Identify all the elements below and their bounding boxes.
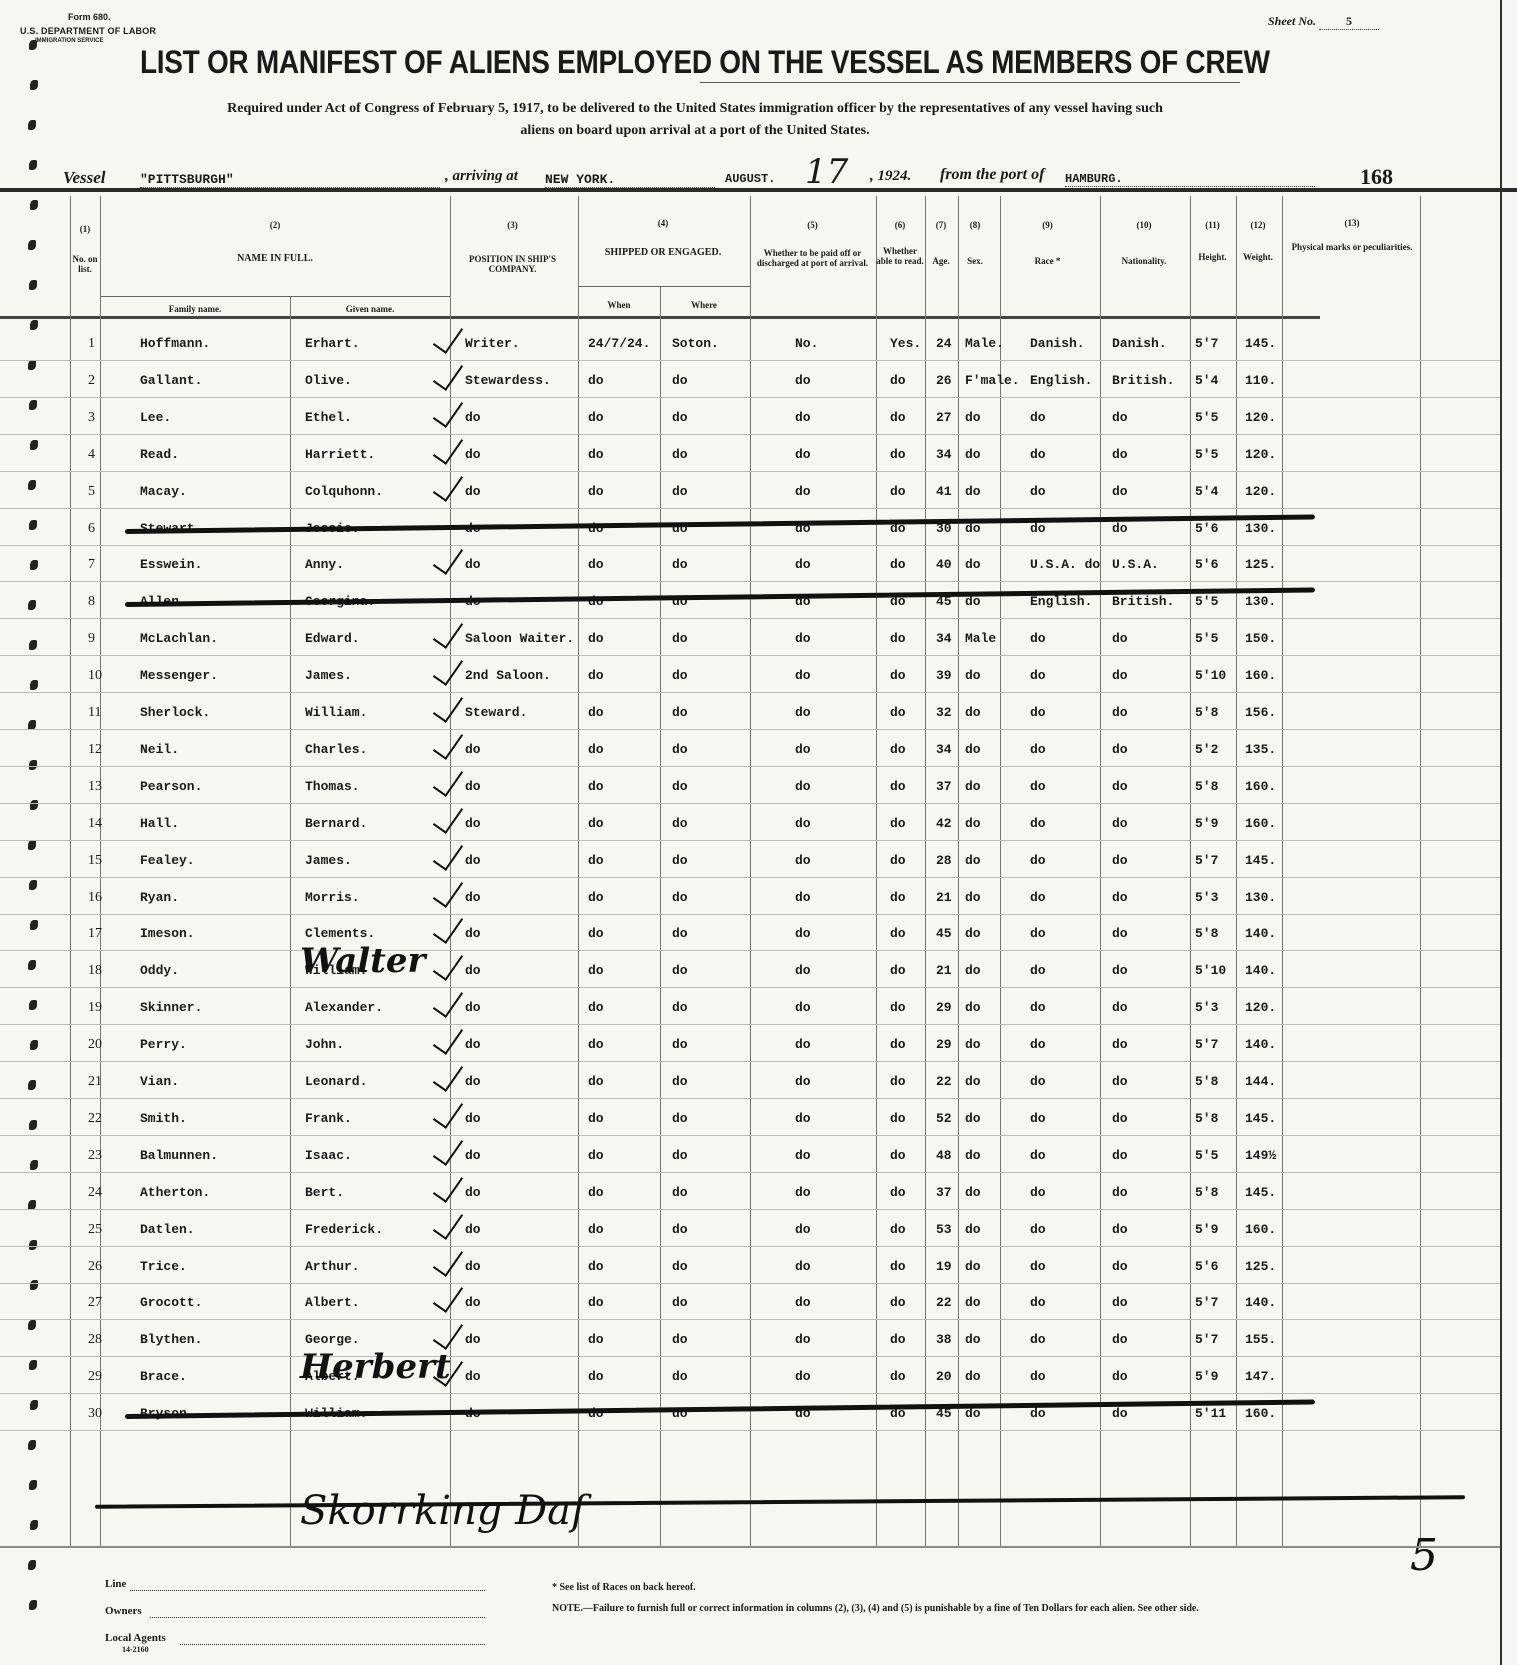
cell-race: do xyxy=(1030,742,1046,757)
cell-family: Read. xyxy=(140,447,179,462)
cell-no: 14 xyxy=(88,816,102,832)
cell-nationality: do xyxy=(1112,1037,1128,1052)
col7-label: Age. xyxy=(925,256,957,266)
cell-age: 22 xyxy=(936,1295,952,1310)
cell-race: do xyxy=(1030,779,1046,794)
cell-read: do xyxy=(890,1037,906,1052)
table-row: 11Sherlock.William.Steward.dodododo32dod… xyxy=(0,697,1320,733)
page-right-edge xyxy=(1500,0,1502,1665)
cell-nationality: do xyxy=(1112,963,1128,978)
cell-height: 5'6 xyxy=(1195,1259,1218,1274)
cell-nationality: do xyxy=(1112,926,1128,941)
cell-height: 5'4 xyxy=(1195,373,1218,388)
cell-where: do xyxy=(672,1259,688,1274)
cell-race: do xyxy=(1030,1074,1046,1089)
cell-height: 5'5 xyxy=(1195,631,1218,646)
table-row: 16Ryan.Morris.dododododo21dododo5'3130. xyxy=(0,882,1320,918)
cell-paid-off: do xyxy=(795,484,811,499)
punch-mark xyxy=(29,1600,37,1610)
cell-position: do xyxy=(465,484,481,499)
cell-given: Erhart. xyxy=(305,336,360,351)
cell-read: do xyxy=(890,373,906,388)
penalty-note: NOTE.—Failure to furnish full or correct… xyxy=(552,1603,1492,1614)
cell-given: Morris. xyxy=(305,890,360,905)
cell-no: 5 xyxy=(88,484,95,500)
punch-mark xyxy=(28,1440,36,1450)
cell-nationality: do xyxy=(1112,1295,1128,1310)
cell-paid-off: do xyxy=(795,816,811,831)
table-row: 14Hall.Bernard.dododododo42dododo5'9160. xyxy=(0,808,1320,844)
cell-paid-off: do xyxy=(795,1074,811,1089)
cell-weight: 140. xyxy=(1245,1295,1276,1310)
sheet-number: Sheet No. 5 xyxy=(1268,14,1379,30)
table-row: 12Neil.Charles.dododododo34dododo5'2135. xyxy=(0,734,1320,770)
cell-when: do xyxy=(588,373,604,388)
table-top-rule xyxy=(0,188,1517,192)
cell-read: do xyxy=(890,447,906,462)
cell-race: English. xyxy=(1030,594,1092,609)
cell-where: do xyxy=(672,631,688,646)
cell-read: do xyxy=(890,1222,906,1237)
cell-where: do xyxy=(672,1295,688,1310)
cell-when: do xyxy=(588,1037,604,1052)
cell-height: 5'6 xyxy=(1195,557,1218,572)
cell-given: Bert. xyxy=(305,1185,344,1200)
cell-race: do xyxy=(1030,705,1046,720)
col3-label: POSITION IN SHIP'S COMPANY. xyxy=(455,254,570,274)
col13-label: Physical marks or peculiarities. xyxy=(1282,242,1422,252)
cell-weight: 140. xyxy=(1245,926,1276,941)
cell-nationality: do xyxy=(1112,1148,1128,1163)
cell-height: 5'7 xyxy=(1195,1332,1218,1347)
title-underline xyxy=(700,82,1240,83)
cell-nationality: British. xyxy=(1112,373,1174,388)
cell-where: do xyxy=(672,668,688,683)
cell-position: do xyxy=(465,1295,481,1310)
cell-family: Trice. xyxy=(140,1259,187,1274)
table-row: 23Balmunnen.Isaac.dododododo48dododo5'51… xyxy=(0,1140,1320,1176)
cell-where: do xyxy=(672,484,688,499)
cell-paid-off: do xyxy=(795,557,811,572)
arriving-label: , arriving at xyxy=(445,168,518,185)
cell-sex: do xyxy=(965,853,981,868)
cell-position: do xyxy=(465,1185,481,1200)
punch-mark xyxy=(29,160,37,170)
cell-paid-off: do xyxy=(795,1259,811,1274)
cell-paid-off: do xyxy=(795,853,811,868)
strikethrough-line xyxy=(125,1400,1315,1420)
cell-where: do xyxy=(672,1074,688,1089)
cell-paid-off: do xyxy=(795,890,811,905)
cell-position: Steward. xyxy=(465,705,527,720)
table-row: 7Esswein.Anny.dododododo40doU.S.A. doU.S… xyxy=(0,549,1320,585)
cell-age: 52 xyxy=(936,1111,952,1126)
col2-number: (2) xyxy=(100,220,450,230)
page-stamp: 168 xyxy=(1360,164,1393,190)
cell-weight: 120. xyxy=(1245,484,1276,499)
col13-number: (13) xyxy=(1282,218,1422,228)
punch-mark xyxy=(28,1560,36,1570)
cell-paid-off: do xyxy=(795,779,811,794)
punch-mark xyxy=(28,120,36,130)
cell-age: 34 xyxy=(936,742,952,757)
cell-given: Albert. xyxy=(305,1295,360,1310)
cell-where: do xyxy=(672,447,688,462)
cell-height: 5'8 xyxy=(1195,1185,1218,1200)
cell-family: Balmunnen. xyxy=(140,1148,218,1163)
cell-given: John. xyxy=(305,1037,344,1052)
table-row: 5Macay.Colquhonn.dododododo41dododo5'412… xyxy=(0,476,1320,512)
footer-line-field xyxy=(130,1580,485,1591)
arriving-port: NEW YORK. xyxy=(545,172,715,188)
cell-race: do xyxy=(1030,1369,1046,1384)
cell-given: George. xyxy=(305,1332,360,1347)
cell-position: Stewardess. xyxy=(465,373,551,388)
cell-nationality: do xyxy=(1112,668,1128,683)
cell-where: do xyxy=(672,1185,688,1200)
cell-position: do xyxy=(465,1369,481,1384)
cell-no: 30 xyxy=(88,1406,102,1422)
cell-sex: do xyxy=(965,1074,981,1089)
col4-label: SHIPPED OR ENGAGED. xyxy=(578,248,748,258)
cell-sex: do xyxy=(965,484,981,499)
cell-when: 24/7/24. xyxy=(588,336,650,351)
cell-family: Skinner. xyxy=(140,1000,202,1015)
cell-sex: do xyxy=(965,1332,981,1347)
cell-nationality: do xyxy=(1112,410,1128,425)
cell-no: 3 xyxy=(88,410,95,426)
cell-race: English. xyxy=(1030,373,1092,388)
cell-race: do xyxy=(1030,963,1046,978)
table-row: 25Datlen.Frederick.dododododo53dododo5'9… xyxy=(0,1214,1320,1250)
cell-height: 5'10 xyxy=(1195,963,1226,978)
cell-where: do xyxy=(672,1000,688,1015)
cell-paid-off: do xyxy=(795,410,811,425)
cell-race: do xyxy=(1030,1295,1046,1310)
col2-given-header: Given name. xyxy=(290,304,450,314)
cell-weight: 155. xyxy=(1245,1332,1276,1347)
cell-weight: 140. xyxy=(1245,1037,1276,1052)
cell-when: do xyxy=(588,1074,604,1089)
cell-height: 5'7 xyxy=(1195,336,1218,351)
cell-age: 29 xyxy=(936,1000,952,1015)
col9-label: Race * xyxy=(1000,256,1095,266)
cell-no: 11 xyxy=(88,705,101,721)
cell-weight: 140. xyxy=(1245,963,1276,978)
cell-height: 5'9 xyxy=(1195,816,1218,831)
cell-height: 5'7 xyxy=(1195,1037,1218,1052)
cell-where: do xyxy=(672,1332,688,1347)
punch-mark xyxy=(29,280,37,290)
cell-family: Imeson. xyxy=(140,926,195,941)
arrival-day-handwritten: 17 xyxy=(805,152,848,192)
cell-age: 29 xyxy=(936,1037,952,1052)
cell-read: do xyxy=(890,1259,906,1274)
cell-height: 5'5 xyxy=(1195,1148,1218,1163)
col4-where-header: Where xyxy=(660,300,748,310)
cell-when: do xyxy=(588,1222,604,1237)
table-row: 17Imeson.Clements.dododododo45dododo5'81… xyxy=(0,918,1320,954)
col2-label: NAME IN FULL. xyxy=(100,254,450,264)
cell-read: do xyxy=(890,484,906,499)
cell-weight: 144. xyxy=(1245,1074,1276,1089)
cell-no: 21 xyxy=(88,1074,102,1090)
cell-when: do xyxy=(588,926,604,941)
cell-paid-off: do xyxy=(795,963,811,978)
col8-label: Sex. xyxy=(958,256,992,266)
cell-weight: 145. xyxy=(1245,336,1276,351)
cell-weight: 125. xyxy=(1245,557,1276,572)
col9-number: (9) xyxy=(1000,220,1095,230)
cell-read: do xyxy=(890,631,906,646)
cell-family: Hoffmann. xyxy=(140,336,210,351)
cell-no: 6 xyxy=(88,521,95,537)
cell-where: do xyxy=(672,1148,688,1163)
cell-weight: 130. xyxy=(1245,594,1276,609)
cell-sex: do xyxy=(965,1259,981,1274)
subheader-divider xyxy=(100,296,450,297)
cell-height: 5'7 xyxy=(1195,1295,1218,1310)
vessel-line: Vessel "PITTSBURGH" , arriving at NEW YO… xyxy=(60,160,1420,188)
cell-given: Colquhonn. xyxy=(305,484,383,499)
cell-read: do xyxy=(890,853,906,868)
arrival-month: AUGUST. xyxy=(725,172,775,186)
cell-where: do xyxy=(672,890,688,905)
cell-nationality: Danish. xyxy=(1112,336,1167,351)
cell-sex: do xyxy=(965,1295,981,1310)
cell-paid-off: do xyxy=(795,705,811,720)
service-label: IMMIGRATION SERVICE xyxy=(35,38,103,44)
cell-no: 22 xyxy=(88,1111,102,1127)
table-row: 1Hoffmann.Erhart.Writer.24/7/24.Soton.No… xyxy=(0,328,1320,364)
cell-nationality: do xyxy=(1112,1111,1128,1126)
cell-height: 5'3 xyxy=(1195,890,1218,905)
col4-when-header: When xyxy=(578,300,660,310)
cell-given: Isaac. xyxy=(305,1148,352,1163)
cell-family: Messenger. xyxy=(140,668,218,683)
cell-read: do xyxy=(890,705,906,720)
strikethrough-line xyxy=(125,514,1315,534)
cell-age: 41 xyxy=(936,484,952,499)
cell-position: do xyxy=(465,410,481,425)
cell-sex: do xyxy=(965,816,981,831)
cell-family: Oddy. xyxy=(140,963,179,978)
footer-agents-label: Local Agents xyxy=(105,1632,166,1644)
cell-read: do xyxy=(890,1295,906,1310)
cell-given: Bernard. xyxy=(305,816,367,831)
cell-where: do xyxy=(672,1111,688,1126)
cell-position: do xyxy=(465,816,481,831)
col12-number: (12) xyxy=(1236,220,1280,230)
cell-height: 5'8 xyxy=(1195,926,1218,941)
cell-paid-off: do xyxy=(795,1185,811,1200)
cell-family: Fealey. xyxy=(140,853,195,868)
cell-given: James. xyxy=(305,853,352,868)
cell-position: do xyxy=(465,1148,481,1163)
table-row: 18Oddy.William.dododododo21dododo5'10140… xyxy=(0,955,1320,991)
cell-sex: do xyxy=(965,963,981,978)
cell-weight: 149½ xyxy=(1245,1148,1276,1163)
table-bottom-rule xyxy=(0,1546,1500,1548)
subtitle-line-1: Required under Act of Congress of Februa… xyxy=(60,98,1330,120)
cell-weight: 160. xyxy=(1245,1222,1276,1237)
cell-nationality: do xyxy=(1112,1185,1128,1200)
cell-given: Edward. xyxy=(305,631,360,646)
cell-position: do xyxy=(465,1259,481,1274)
cell-when: do xyxy=(588,1295,604,1310)
cell-where: Soton. xyxy=(672,336,719,351)
table-row: 2Gallant.Olive.Stewardess.dodododo26F'ma… xyxy=(0,365,1320,401)
cell-sex: do xyxy=(965,1185,981,1200)
cell-age: 26 xyxy=(936,373,952,388)
cell-where: do xyxy=(672,926,688,941)
cell-when: do xyxy=(588,1259,604,1274)
cell-race: Danish. xyxy=(1030,336,1085,351)
cell-read: do xyxy=(890,1148,906,1163)
cell-race: U.S.A. do xyxy=(1030,557,1100,572)
checkmark-icon xyxy=(433,320,463,354)
cell-read: do xyxy=(890,816,906,831)
cell-age: 38 xyxy=(936,1332,952,1347)
cell-age: 22 xyxy=(936,1074,952,1089)
cell-no: 19 xyxy=(88,1000,102,1016)
footer-owners-label: Owners xyxy=(105,1605,142,1617)
cell-where: do xyxy=(672,557,688,572)
cell-paid-off: do xyxy=(795,447,811,462)
cell-no: 23 xyxy=(88,1148,102,1164)
cell-family: Ryan. xyxy=(140,890,179,905)
cell-given: Frederick. xyxy=(305,1222,383,1237)
cell-sex: do xyxy=(965,742,981,757)
cell-when: do xyxy=(588,779,604,794)
col5-number: (5) xyxy=(750,220,875,230)
cell-when: do xyxy=(588,484,604,499)
cell-nationality: do xyxy=(1112,1406,1128,1421)
cell-weight: 160. xyxy=(1245,816,1276,831)
cell-height: 5'10 xyxy=(1195,668,1226,683)
cell-nationality: do xyxy=(1112,1074,1128,1089)
cell-given: Thomas. xyxy=(305,779,360,794)
form-number: Form 680. xyxy=(68,12,111,22)
cell-weight: 130. xyxy=(1245,890,1276,905)
col6-label: Whether able to read. xyxy=(876,246,924,266)
table-row: 22Smith.Frank.dododododo52dododo5'8145. xyxy=(0,1103,1320,1139)
cell-family: Brace. xyxy=(140,1369,187,1384)
sheet-value: 5 xyxy=(1319,14,1379,30)
cell-read: do xyxy=(890,1074,906,1089)
cell-nationality: do xyxy=(1112,742,1128,757)
cell-sex: do xyxy=(965,668,981,683)
cell-age: 53 xyxy=(936,1222,952,1237)
cell-when: do xyxy=(588,742,604,757)
from-port: HAMBURG. xyxy=(1065,172,1315,187)
cell-position: do xyxy=(465,779,481,794)
cell-height: 5'8 xyxy=(1195,705,1218,720)
col10-number: (10) xyxy=(1100,220,1188,230)
table-row: 21Vian.Leonard.dododododo22dododo5'8144. xyxy=(0,1066,1320,1102)
cell-race: do xyxy=(1030,1406,1046,1421)
cell-given: Arthur. xyxy=(305,1259,360,1274)
cell-when: do xyxy=(588,1185,604,1200)
cell-family: Esswein. xyxy=(140,557,202,572)
cell-read: do xyxy=(890,1369,906,1384)
cell-position: do xyxy=(465,1000,481,1015)
col3-number: (3) xyxy=(450,220,575,230)
col11-label: Height. xyxy=(1190,252,1235,262)
cell-sex: do xyxy=(965,447,981,462)
cell-weight: 120. xyxy=(1245,410,1276,425)
cell-position: do xyxy=(465,1332,481,1347)
cell-position: do xyxy=(465,557,481,572)
sheet-label: Sheet No. xyxy=(1268,14,1316,28)
cell-race: do xyxy=(1030,890,1046,905)
cell-age: 19 xyxy=(936,1259,952,1274)
cell-read: do xyxy=(890,779,906,794)
cell-weight: 160. xyxy=(1245,1406,1276,1421)
col4-number: (4) xyxy=(578,218,748,228)
cell-family: Atherton. xyxy=(140,1185,210,1200)
cell-paid-off: do xyxy=(795,1295,811,1310)
cell-where: do xyxy=(672,1037,688,1052)
handwritten-correction: Walter xyxy=(300,941,425,981)
cell-weight: 135. xyxy=(1245,742,1276,757)
cell-given: Charles. xyxy=(305,742,367,757)
cell-race: do xyxy=(1030,1148,1046,1163)
cell-nationality: U.S.A. xyxy=(1112,557,1159,572)
cell-nationality: do xyxy=(1112,779,1128,794)
cell-read: do xyxy=(890,1185,906,1200)
cell-no: 9 xyxy=(88,631,95,647)
subheader-divider xyxy=(578,286,750,287)
cell-family: Lee. xyxy=(140,410,171,425)
cell-position: do xyxy=(465,1074,481,1089)
cell-family: Blythen. xyxy=(140,1332,202,1347)
subtitle-line-2: aliens on board upon arrival at a port o… xyxy=(60,120,1330,142)
cell-read: do xyxy=(890,1000,906,1015)
cell-weight: 147. xyxy=(1245,1369,1276,1384)
cell-height: 5'5 xyxy=(1195,447,1218,462)
cell-nationality: do xyxy=(1112,890,1128,905)
table-row: 10Messenger.James.2nd Saloon.dodododo39d… xyxy=(0,660,1320,696)
cell-height: 5'8 xyxy=(1195,1111,1218,1126)
cell-read: do xyxy=(890,668,906,683)
cell-weight: 130. xyxy=(1245,521,1276,536)
cell-nationality: do xyxy=(1112,631,1128,646)
cell-weight: 160. xyxy=(1245,668,1276,683)
vessel-label: Vessel xyxy=(63,168,106,188)
cell-weight: 145. xyxy=(1245,853,1276,868)
punch-mark xyxy=(30,80,38,90)
handwritten-signature: Skorrking Daf xyxy=(300,1488,586,1534)
cell-nationality: do xyxy=(1112,705,1128,720)
cell-given: Frank. xyxy=(305,1111,352,1126)
cell-age: 34 xyxy=(936,631,952,646)
cell-when: do xyxy=(588,1332,604,1347)
cell-sex: do xyxy=(965,1148,981,1163)
table-row: 19Skinner.Alexander.dododododo29dododo5'… xyxy=(0,992,1320,1028)
cell-sex: do xyxy=(965,705,981,720)
margin-mark: 5 xyxy=(1410,1530,1438,1581)
cell-when: do xyxy=(588,1369,604,1384)
cell-nationality: do xyxy=(1112,521,1128,536)
cell-position: do xyxy=(465,890,481,905)
table-row: 4Read.Harriett.dododododo34dododo5'5120. xyxy=(0,439,1320,475)
cell-read: do xyxy=(890,1332,906,1347)
cell-given: Anny. xyxy=(305,557,344,572)
table-row: 28Blythen.George.dododododo38dododo5'715… xyxy=(0,1324,1320,1360)
cell-paid-off: do xyxy=(795,373,811,388)
cell-height: 5'3 xyxy=(1195,1000,1218,1015)
